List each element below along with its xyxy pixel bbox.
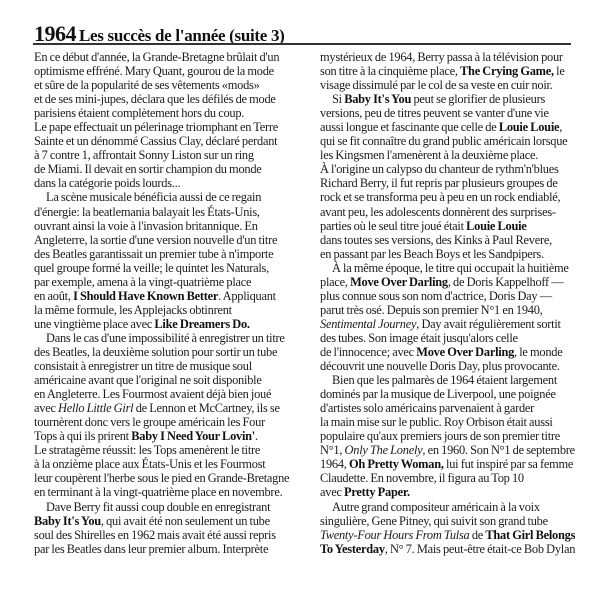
text-line: à 7 contre 1, affrontait Sonny Liston su… — [34, 148, 296, 162]
text-run: et de ses mini-jupes, déclara que les dé… — [34, 92, 276, 106]
text-run: de — [470, 528, 486, 542]
text-run: plus connue sous son nom d'actrice, Dori… — [320, 289, 552, 303]
song-title: I Should Have Known Better — [73, 289, 218, 303]
text-run: en terminant à la vingt-quatrième place … — [34, 485, 282, 499]
song-title: Baby It's You — [34, 514, 101, 528]
text-line: To Yesterday, N° 7. Mais peut-être était… — [320, 542, 582, 556]
text-run: À la même époque, le titre qui occupait … — [332, 261, 569, 275]
text-line: parties où le seul titre joué était Loui… — [320, 219, 582, 233]
text-run: Dans le cas d'une impossibilité à enregi… — [46, 331, 285, 345]
text-run: son titre à la cinquième place, — [320, 64, 460, 78]
text-line: Claudette. En novembre, il figura au Top… — [320, 471, 582, 485]
text-line: À l'origine un calypso du chanteur de ry… — [320, 162, 582, 176]
text-line: N°1, Only The Lonely, en 1960. Son N°1 d… — [320, 443, 582, 457]
text-line: En ce début d'année, la Grande-Bretagne … — [34, 50, 296, 64]
text-run: , — [559, 120, 562, 134]
text-run: Sainte et un dénommé Cassius Clay, décla… — [34, 134, 277, 148]
text-column-left: En ce début d'année, la Grande-Bretagne … — [34, 50, 296, 556]
text-run: qui se fit connaître du grand public amé… — [320, 134, 567, 148]
text-run: quel groupe formé la veille; le quintet … — [34, 261, 269, 275]
text-line: Tops à qui ils prirent Baby I Need Your … — [34, 429, 296, 443]
text-line: en août, I Should Have Known Better. App… — [34, 289, 296, 303]
text-run: avec — [34, 401, 58, 415]
text-line: place, Move Over Darling, de Doris Kappe… — [320, 275, 582, 289]
text-run: le — [554, 64, 565, 78]
text-line: Baby It's You, qui avait été non seuleme… — [34, 514, 296, 528]
text-run: , en 1960. Son N°1 de septembre — [422, 443, 575, 457]
page-header: 1964Les succès de l'année (suite 3) — [33, 12, 571, 46]
text-line: et de ses mini-jupes, déclara que les dé… — [34, 92, 296, 106]
text-run: tournèrent donc vers le groupe américain… — [34, 415, 265, 429]
song-title: Baby It's You — [344, 92, 411, 106]
text-run: . Appliquant — [218, 289, 276, 303]
text-run: dans toutes ses versions, des Kinks à Pa… — [320, 233, 552, 247]
song-title: Louie Louie — [466, 219, 526, 233]
text-line: américaine avant que l'original ne soit … — [34, 373, 296, 387]
text-line: La scène musicale bénéficia aussi de ce … — [34, 190, 296, 204]
song-title: Louie Louie — [499, 120, 559, 134]
text-line: la main mise sur le public. Roy Orbison … — [320, 415, 582, 429]
text-line: la même formule, les Applejacks obtinren… — [34, 303, 296, 317]
text-run: , N° 7. Mais peut-être était-ce Bob Dyla… — [385, 542, 575, 556]
text-line: parisiens étaient complètement hors du c… — [34, 106, 296, 120]
text-run: dominés par la musique de Liverpool, une… — [320, 387, 556, 401]
text-run: en passant par les Beach Boys et les San… — [320, 247, 544, 261]
text-line: en Angleterre. Les Fourmost avaient déjà… — [34, 387, 296, 401]
song-title: That Girl Belongs — [485, 528, 575, 542]
text-run: soul des Shirelles en 1962 mais avait ét… — [34, 528, 276, 542]
text-run: avec — [320, 485, 344, 499]
text-line: soul des Shirelles en 1962 mais avait ét… — [34, 528, 296, 542]
text-line: Le pape effectuait un pélerinage triomph… — [34, 120, 296, 134]
text-run: N°1, — [320, 443, 345, 457]
text-run: et sûre de la popularité de ses vêtement… — [34, 78, 260, 92]
text-line: dans toutes ses versions, des Kinks à Pa… — [320, 233, 582, 247]
text-run: 1964, — [320, 457, 349, 471]
text-run: Le pape effectuait un pélerinage triomph… — [34, 120, 278, 134]
text-run: , Day avait régulièrement sortit — [416, 317, 560, 331]
text-run: À l'origine un calypso du chanteur de ry… — [320, 162, 559, 176]
text-column-right: mystérieux de 1964, Berry passa à la tél… — [320, 50, 582, 556]
text-line: Richard Berry, il fut repris par plusieu… — [320, 176, 582, 190]
text-line: les Kingsmen l'amenèrent à la deuxième p… — [320, 148, 582, 162]
song-title: Oh Pretty Woman, — [349, 457, 444, 471]
text-run: parisiens étaient complètement hors du c… — [34, 106, 244, 120]
text-line: populaire qu'aux premiers jours de son p… — [320, 429, 582, 443]
text-run: Dave Berry fit aussi coup double en enre… — [46, 500, 270, 514]
text-run: américaine avant que l'original ne soit … — [34, 373, 262, 387]
text-run: lui fut inspiré par sa femme — [444, 457, 573, 471]
text-line: parut très osé. Depuis son premier N°1 e… — [320, 303, 582, 317]
text-run: des tubes. Son image était jusqu'alors c… — [320, 331, 518, 345]
text-line: avec Pretty Paper. — [320, 485, 582, 499]
text-run: consistait à enregistrer un titre de mus… — [34, 359, 252, 373]
text-run: Tops à qui ils prirent — [34, 429, 131, 443]
work-title: Hello Little Girl — [58, 401, 133, 415]
text-run: versions, peu de titres peuvent se vante… — [320, 106, 549, 120]
text-line: par exemple, amena à la vingt-quatrième … — [34, 275, 296, 289]
text-line: des tubes. Son image était jusqu'alors c… — [320, 331, 582, 345]
text-line: à la onzième place aux États-Unis et les… — [34, 457, 296, 471]
header-rule — [33, 43, 571, 45]
text-run: d'artistes solo américains parvenaient à… — [320, 401, 534, 415]
text-line: aussi longue et fascinante que celle de … — [320, 120, 582, 134]
text-run: Autre grand compositeur américain à la v… — [332, 500, 540, 514]
text-line: Si Baby It's You peut se glorifier de pl… — [320, 92, 582, 106]
text-line: ouvrant ainsi la voie à l'invasion brita… — [34, 219, 296, 233]
text-line: une vingtième place avec Like Dreamers D… — [34, 317, 296, 331]
text-line: rock et se transforma peu à peu en un ro… — [320, 190, 582, 204]
text-run: à 7 contre 1, affrontait Sonny Liston su… — [34, 148, 254, 162]
text-line: avec Hello Little Girl de Lennon et McCa… — [34, 401, 296, 415]
text-run: avant peu, les adolescents donnèrent des… — [320, 205, 556, 219]
text-line: visage dissimulé par le col de sa veste … — [320, 78, 582, 92]
text-line: Sentimental Journey, Day avait régulière… — [320, 317, 582, 331]
text-run: mystérieux de 1964, Berry passa à la tél… — [320, 50, 563, 64]
song-title: Move Over Darling — [350, 275, 448, 289]
text-line: dominés par la musique de Liverpool, une… — [320, 387, 582, 401]
text-line: Dave Berry fit aussi coup double en enre… — [34, 500, 296, 514]
text-line: découvrit une nouvelle Doris Day, plus p… — [320, 359, 582, 373]
text-run: Si — [332, 92, 344, 106]
text-line: Sainte et un dénommé Cassius Clay, décla… — [34, 134, 296, 148]
text-line: son titre à la cinquième place, The Cryi… — [320, 64, 582, 78]
text-line: de l'innocence; avec Move Over Darling, … — [320, 345, 582, 359]
text-run: par les Beatles dans leur premier album.… — [34, 542, 268, 556]
text-run: , de Doris Kappelhoff — — [448, 275, 564, 289]
text-line: 1964, Oh Pretty Woman, lui fut inspiré p… — [320, 457, 582, 471]
text-run: à la onzième place aux États-Unis et les… — [34, 457, 266, 471]
text-line: Le stratagème réussit: les Tops amenèren… — [34, 443, 296, 457]
song-title: Baby I Need Your Lovin' — [131, 429, 255, 443]
song-title: Like Dreamers Do. — [154, 317, 249, 331]
text-line: avant peu, les adolescents donnèrent des… — [320, 205, 582, 219]
text-line: en passant par les Beach Boys et les San… — [320, 247, 582, 261]
text-run: une vingtième place avec — [34, 317, 154, 331]
text-line: singulière, Gene Pitney, qui suivit son … — [320, 514, 582, 528]
song-title: To Yesterday — [320, 542, 385, 556]
text-line: d'énergie: la beatlemania balayait les É… — [34, 205, 296, 219]
text-line: quel groupe formé la veille; le quintet … — [34, 261, 296, 275]
text-run: place, — [320, 275, 350, 289]
text-run: leur coupèrent l'herbe sous le pied en G… — [34, 471, 289, 485]
work-title: Sentimental Journey — [320, 317, 416, 331]
text-run: des Beatles, la deuxième solution pour s… — [34, 345, 277, 359]
text-run: En ce début d'année, la Grande-Bretagne … — [34, 50, 279, 64]
text-line: Twenty-Four Hours From Tulsa de That Gir… — [320, 528, 582, 542]
text-line: Angleterre, la sortie d'une version nouv… — [34, 233, 296, 247]
text-line: d'artistes solo américains parvenaient à… — [320, 401, 582, 415]
text-run: Bien que les palmarès de 1964 étaient la… — [332, 373, 557, 387]
text-run: dans la catégorie poids lourds... — [34, 176, 180, 190]
text-line: et sûre de la popularité de ses vêtement… — [34, 78, 296, 92]
text-run: d'énergie: la beatlemania balayait les É… — [34, 205, 260, 219]
text-line: plus connue sous son nom d'actrice, Dori… — [320, 289, 582, 303]
song-title: The Crying Game, — [460, 64, 554, 78]
text-run: rock et se transforma peu à peu en un ro… — [320, 190, 560, 204]
text-line: en terminant à la vingt-quatrième place … — [34, 485, 296, 499]
text-line: consistait à enregistrer un titre de mus… — [34, 359, 296, 373]
text-line: Autre grand compositeur américain à la v… — [320, 500, 582, 514]
text-line: de Miami. Il devait en sortir champion d… — [34, 162, 296, 176]
text-run: de l'innocence; avec — [320, 345, 416, 359]
text-run: aussi longue et fascinante que celle de — [320, 120, 499, 134]
text-run: les Kingsmen l'amenèrent à la deuxième p… — [320, 148, 538, 162]
text-run: de Miami. Il devait en sortir champion d… — [34, 162, 262, 176]
text-line: versions, peu de titres peuvent se vante… — [320, 106, 582, 120]
text-run: en août, — [34, 289, 73, 303]
text-line: leur coupèrent l'herbe sous le pied en G… — [34, 471, 296, 485]
text-run: optimisme effréné. Mary Quant, gourou de… — [34, 64, 274, 78]
text-line: Dans le cas d'une impossibilité à enregi… — [34, 331, 296, 345]
text-run: parut très osé. Depuis son premier N°1 e… — [320, 303, 543, 317]
song-title: Pretty Paper. — [344, 485, 410, 499]
text-run: en Angleterre. Les Fourmost avaient déjà… — [34, 387, 271, 401]
text-run: . — [255, 429, 258, 443]
work-title: Twenty-Four Hours From Tulsa — [320, 528, 470, 542]
song-title: Move Over Darling — [416, 345, 514, 359]
text-run: des Beatles garantissait un premier tube… — [34, 247, 273, 261]
text-line: optimisme effréné. Mary Quant, gourou de… — [34, 64, 296, 78]
text-run: Claudette. En novembre, il figura au Top… — [320, 471, 524, 485]
text-run: de Lennon et McCartney, ils se — [133, 401, 279, 415]
text-line: À la même époque, le titre qui occupait … — [320, 261, 582, 275]
text-run: visage dissimulé par le col de sa veste … — [320, 78, 553, 92]
text-run: la même formule, les Applejacks obtinren… — [34, 303, 232, 317]
text-run: la main mise sur le public. Roy Orbison … — [320, 415, 553, 429]
text-line: des Beatles, la deuxième solution pour s… — [34, 345, 296, 359]
text-line: dans la catégorie poids lourds... — [34, 176, 296, 190]
text-run: Richard Berry, il fut repris par plusieu… — [320, 176, 558, 190]
text-run: singulière, Gene Pitney, qui suivit son … — [320, 514, 548, 528]
text-run: peut se glorifier de plusieurs — [411, 92, 545, 106]
text-line: mystérieux de 1964, Berry passa à la tél… — [320, 50, 582, 64]
text-run: populaire qu'aux premiers jours de son p… — [320, 429, 560, 443]
text-run: parties où le seul titre joué était — [320, 219, 466, 233]
text-line: tournèrent donc vers le groupe américain… — [34, 415, 296, 429]
text-line: des Beatles garantissait un premier tube… — [34, 247, 296, 261]
text-line: Bien que les palmarès de 1964 étaient la… — [320, 373, 582, 387]
work-title: Only The Lonely — [345, 443, 423, 457]
text-run: La scène musicale bénéficia aussi de ce … — [46, 190, 261, 204]
text-run: Angleterre, la sortie d'une version nouv… — [34, 233, 277, 247]
text-run: par exemple, amena à la vingt-quatrième … — [34, 275, 251, 289]
text-line: par les Beatles dans leur premier album.… — [34, 542, 296, 556]
text-run: découvrit une nouvelle Doris Day, plus p… — [320, 359, 560, 373]
text-line: qui se fit connaître du grand public amé… — [320, 134, 582, 148]
text-run: , qui avait été non seulement un tube — [101, 514, 270, 528]
text-run: ouvrant ainsi la voie à l'invasion brita… — [34, 219, 258, 233]
text-run: Le stratagème réussit: les Tops amenèren… — [34, 443, 260, 457]
text-run: , le monde — [514, 345, 562, 359]
